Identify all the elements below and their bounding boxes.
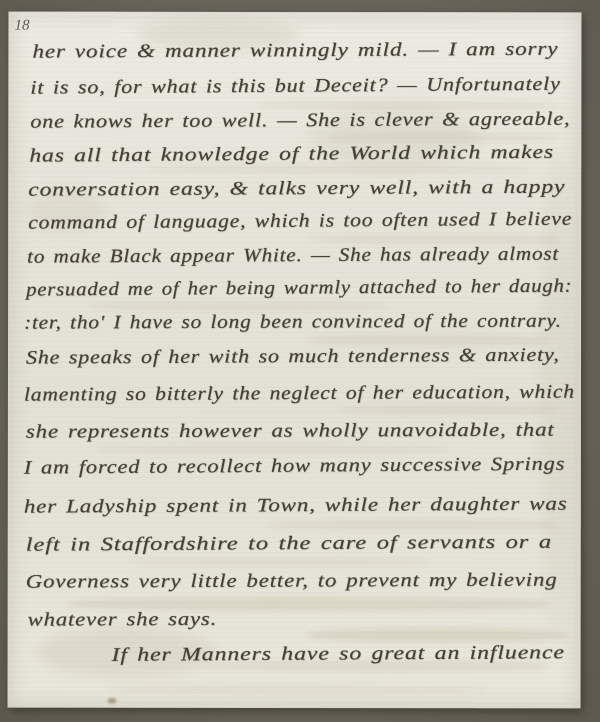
bleed-through-mark (308, 234, 558, 244)
manuscript-line: I am forced to recollect how many succes… (24, 454, 566, 480)
bleed-through-mark (108, 684, 488, 695)
bleed-through-mark (338, 404, 558, 414)
photograph-of-letter: 18 her voice & manner winningly mild. — … (0, 0, 600, 722)
bleed-through-mark (88, 300, 388, 312)
manuscript-line: If her Manners have so great an influenc… (112, 642, 565, 667)
manuscript-line: her voice & manner winningly mild. — I a… (32, 39, 558, 64)
manuscript-line: Governess very little better, to prevent… (26, 570, 558, 594)
bleed-through-mark (128, 557, 428, 567)
manuscript-line: whatever she says. (28, 609, 218, 632)
manuscript-line: She speaks of her with so much tendernes… (26, 345, 560, 370)
manuscript-line: has all that knowledge of the World whic… (29, 142, 554, 168)
page-number: 18 (14, 18, 29, 35)
manuscript-line: conversation easy, & talks very well, wi… (28, 177, 565, 202)
bleed-through-mark (308, 628, 568, 642)
manuscript-line: command of language, which is too often … (28, 209, 572, 235)
manuscript-line: :ter, tho' I have so long been convinced… (24, 311, 562, 335)
manuscript-line: one knows her too well. — She is clever … (30, 109, 570, 134)
manuscript-page: 18 her voice & manner winningly mild. — … (8, 12, 582, 709)
bleed-through-mark (98, 444, 448, 454)
manuscript-line: it is so, for what is this but Deceit? —… (30, 74, 560, 100)
manuscript-line: to make Black appear White. — She has al… (27, 244, 559, 269)
bleed-through-mark (268, 520, 558, 530)
manuscript-line: left in Staffordshire to the care of ser… (26, 532, 552, 557)
manuscript-line: lamenting so bitterly the neglect of her… (24, 382, 575, 407)
bleed-through-mark (328, 132, 558, 142)
ink-fleck (108, 698, 117, 704)
manuscript-line: her Ladyship spent in Town, while her da… (24, 494, 568, 519)
manuscript-line: persuaded me of her being warmly attache… (26, 276, 572, 302)
manuscript-line: she represents however as wholly unavoid… (26, 420, 555, 444)
